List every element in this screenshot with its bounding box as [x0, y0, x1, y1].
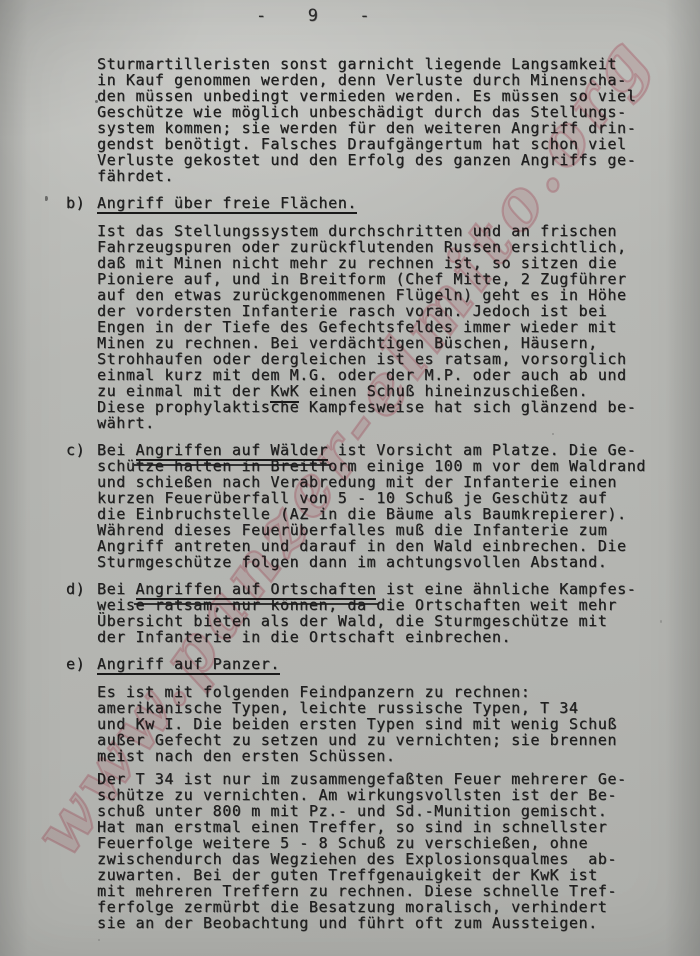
text-line: Bei Angriffen auf Wälder ist Vorsicht am… — [97, 442, 672, 458]
section-e: e)Angriff auf Panzer.Es ist mit folgende… — [97, 656, 672, 931]
scan-speck — [98, 939, 100, 941]
text-line: auf den etwas zurückgenommenen Flügeln) … — [97, 287, 672, 303]
intro-paragraph: Sturmartilleristen sonst garnicht liegen… — [97, 56, 672, 184]
text-line: Sturmgeschütze folgen dann im achtungsvo… — [97, 554, 672, 570]
text-line: Hat man erstmal einen Treffer, so sind i… — [97, 819, 672, 835]
text-line: Pioniere auf, und in Breitform (Chef Mit… — [97, 271, 672, 287]
text-line: Es ist mit folgenden Feindpanzern zu rec… — [97, 684, 672, 700]
section-heading-text: Angriff auf Panzer. — [97, 656, 280, 675]
text-line: außer Gefecht zu setzen und zu vernichte… — [97, 732, 672, 748]
text-line: Diese prophylaktische Kampfesweise hat s… — [97, 399, 672, 415]
text-line: Geschütze wie möglich unbeschädigt durch… — [97, 104, 672, 120]
text-line: zu einmal mit der KwK einen Schuß hinein… — [97, 383, 672, 399]
section-heading: Angriff auf Panzer. — [97, 656, 672, 675]
text-line: Feuerfolge weitere 5 - 8 Schuß zu versch… — [97, 835, 672, 851]
text-line: Bei Angriffen auf Ortschaften ist eine ä… — [97, 581, 672, 597]
text-line: währt. — [97, 415, 672, 431]
text-line: daß mit Minen nicht mehr zu rechnen ist,… — [97, 255, 672, 271]
section-label: e) — [66, 656, 85, 672]
text-line: Verluste gekostet und den Erfolg des gan… — [97, 152, 672, 168]
text-line: mit mehreren Treffern zu rechnen. Diese … — [97, 883, 672, 899]
section-label: b) — [66, 195, 85, 211]
underlined-phrase: Angriffen auf Wälder — [136, 441, 329, 461]
section-d: d)Bei Angriffen auf Ortschaften ist eine… — [97, 581, 672, 645]
section-label: c) — [66, 442, 85, 458]
text-line: und Kw I. Die beiden ersten Typen sind m… — [97, 716, 672, 732]
scan-speck — [552, 433, 554, 435]
underlined-phrase: Angriffen auf Ortschaften — [136, 580, 377, 600]
scan-speck — [660, 620, 662, 623]
text-line: amerikanische Typen, leichte russische T… — [97, 700, 672, 716]
text-line: zwischendurch das Wegziehen des Explosio… — [97, 851, 672, 867]
text-line: einmal kurz mit dem M.G. oder der M.P. o… — [97, 367, 672, 383]
scan-speck — [95, 100, 98, 103]
scan-speck — [45, 196, 48, 201]
text-line: der vordersten Infanterie rasch voran. J… — [97, 303, 672, 319]
text-line: gendst benötigt. Falsches Draufgängertum… — [97, 136, 672, 152]
text-line: system kommen; sie werden für den weiter… — [97, 120, 672, 136]
text-line: zuwarten. Bei der guten Treffgenauigkeit… — [97, 867, 672, 883]
text-line: und schießen nach Verabredung mit der In… — [97, 474, 672, 490]
text-line: Ist das Stellungssystem durchschritten u… — [97, 223, 672, 239]
text-line: schütze zu vernichten. Am wirkungsvollst… — [97, 787, 672, 803]
paragraph: Bei Angriffen auf Ortschaften ist eine ä… — [97, 581, 672, 645]
text-line: der Infanterie in die Ortschaft einbrech… — [97, 629, 672, 645]
text-line: Während dieses Feuerüberfalles muß die I… — [97, 522, 672, 538]
text-line: die Einbruchstelle (AZ in die Bäume als … — [97, 506, 672, 522]
paragraph: Es ist mit folgenden Feindpanzern zu rec… — [97, 684, 672, 764]
paragraph: Bei Angriffen auf Wälder ist Vorsicht am… — [97, 442, 672, 570]
text-line: kurzen Feuerüberfall von 5 - 10 Schuß je… — [97, 490, 672, 506]
section-c: c)Bei Angriffen auf Wälder ist Vorsicht … — [97, 442, 672, 570]
text-line: schuß unter 800 m mit Pz.- und Sd.-Munit… — [97, 803, 672, 819]
section-b: b)Angriff über freie Flächen.Ist das Ste… — [97, 195, 672, 431]
section-heading: Angriff über freie Flächen. — [97, 195, 672, 214]
text-line: fährdet. — [97, 168, 672, 184]
text-line: sie an der Beobachtung und führt oft zum… — [97, 915, 672, 931]
paragraph: Ist das Stellungssystem durchschritten u… — [97, 223, 672, 431]
text-line: Strohhaufen oder dergleichen ist es rats… — [97, 351, 672, 367]
text-line: ferfolge zermürbt die Besatzung moralisc… — [97, 899, 672, 915]
text-line: Der T 34 ist nur im zusammengefaßten Feu… — [97, 771, 672, 787]
text-line: den müssen unbedingt vermieden werden. E… — [97, 88, 672, 104]
text-line: Übersicht bieten als der Wald, die Sturm… — [97, 613, 672, 629]
section-heading-text: Angriff über freie Flächen. — [97, 195, 357, 214]
section-label: d) — [66, 581, 85, 597]
scanned-document-page: - 9 - Sturmartilleristen sonst garnicht … — [0, 0, 700, 956]
paragraph: Der T 34 ist nur im zusammengefaßten Feu… — [97, 771, 672, 931]
document-content: Sturmartilleristen sonst garnicht liegen… — [97, 0, 672, 931]
text-line: Sturmartilleristen sonst garnicht liegen… — [97, 56, 672, 72]
text-line: meist nach den ersten Schüssen. — [97, 748, 672, 764]
text-line: Angriff antreten und darauf in den Wald … — [97, 538, 672, 554]
text-line: Fahrzeugspuren oder zurückflutenden Russ… — [97, 239, 672, 255]
text-line: in Kauf genommen werden, denn Verluste d… — [97, 72, 672, 88]
text-line: Minen zu rechnen. Bei verdächtigen Büsch… — [97, 335, 672, 351]
text-line: Engen in der Tiefe des Gefechtsfeldes im… — [97, 319, 672, 335]
